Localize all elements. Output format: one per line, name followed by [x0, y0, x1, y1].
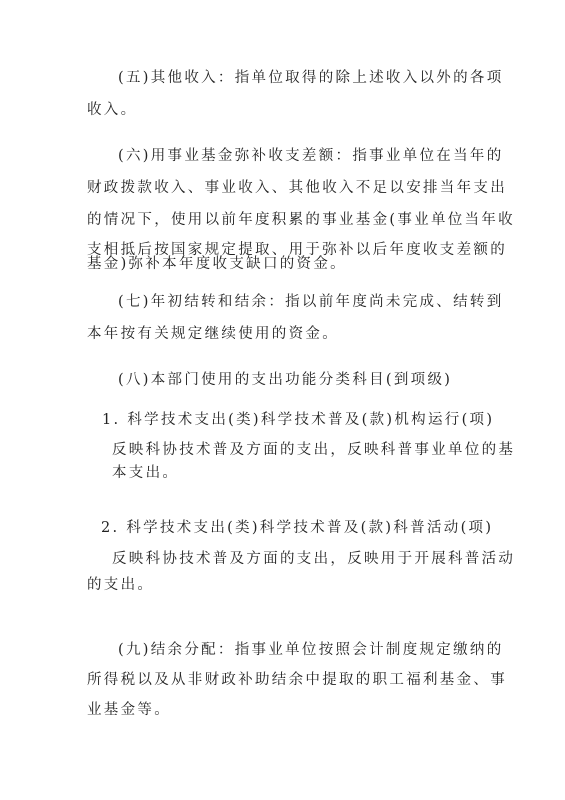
text-line: 基金)弥补本年度收支缺口的资金。	[87, 254, 347, 274]
text-line: 本年按有关规定继续使用的资金。	[87, 324, 339, 344]
text-line: 反映科协技术普及方面的支出，反映用于开展科普活动	[112, 549, 515, 569]
text-line: 的情况下，使用以前年度积累的事业基金(事业单位当年收	[87, 210, 515, 230]
text-line: 1. 科学技术支出(类)科学技术普及(款)机构运行(项)	[102, 410, 494, 430]
text-line: 所得税以及从非财政补助结余中提取的职工福利基金、事	[87, 670, 507, 690]
text-line: 反映科协技术普及方面的支出，反映科普事业单位的基	[112, 440, 515, 460]
text-line: 收入。	[87, 100, 137, 120]
text-line: 财政拨款收入、事业收入、其他收入不足以安排当年支出	[87, 178, 507, 198]
text-line: 业基金等。	[87, 700, 171, 720]
text-line: 的支出。	[87, 575, 154, 595]
text-line: 本支出。	[112, 463, 179, 483]
text-line: (五)其他收入：指单位取得的除上述收入以外的各项	[118, 68, 504, 88]
text-line: 2. 科学技术支出(类)科学技术普及(款)科普活动(项)	[101, 518, 493, 538]
text-line: (九)结余分配：指事业单位按照会计制度规定缴纳的	[118, 640, 504, 660]
text-line: (六)用事业基金弥补收支差额：指事业单位在当年的	[118, 146, 504, 166]
text-line: (八)本部门使用的支出功能分类科目(到项级)	[118, 370, 452, 390]
text-line: (七)年初结转和结余：指以前年度尚未完成、结转到	[118, 292, 504, 312]
